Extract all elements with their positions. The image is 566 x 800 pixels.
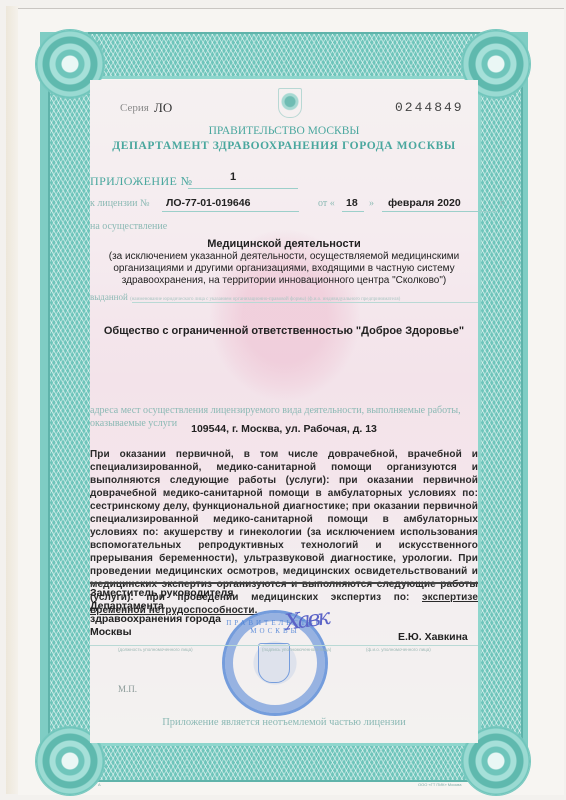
issued-label: выданной (наименование юридического лица… bbox=[90, 292, 400, 302]
guilloche-border-right bbox=[478, 80, 523, 745]
signer-name: Е.Ю. Хавкина bbox=[398, 631, 468, 643]
guilloche-border-left bbox=[48, 80, 93, 745]
annex-number: 1 bbox=[230, 171, 236, 183]
organization-name: Общество с ограниченной ответственностью… bbox=[90, 325, 478, 337]
services-body: При оказании первичной, в том числе довр… bbox=[90, 449, 478, 603]
annex-label: ПРИЛОЖЕНИЕ № bbox=[90, 174, 193, 189]
document-body: Серия ЛО 0244849 ПРАВИТЕЛЬСТВО МОСКВЫ ДЕ… bbox=[90, 80, 478, 743]
month-underline bbox=[382, 211, 498, 212]
series-value: ЛО bbox=[154, 100, 172, 116]
issuer-government: ПРАВИТЕЛЬСТВО МОСКВЫ bbox=[90, 125, 478, 137]
caption-position: (должность уполномоченного лица) bbox=[118, 647, 193, 652]
footer-note: Приложение является неотъемлемой частью … bbox=[90, 717, 478, 728]
signature-underline bbox=[90, 645, 478, 646]
coat-of-arms-icon bbox=[278, 88, 302, 118]
date-from-label: от « bbox=[318, 198, 335, 209]
guilloche-border-top bbox=[88, 32, 480, 79]
issued-underline bbox=[132, 302, 478, 303]
date-quote-close: » bbox=[369, 198, 374, 209]
address-value: 109544, г. Москва, ул. Рабочая, д. 13 bbox=[90, 423, 478, 435]
license-number: ЛО-77-01-019646 bbox=[166, 197, 250, 209]
form-number: 0244849 bbox=[395, 100, 464, 115]
guilloche-border-bottom bbox=[88, 743, 480, 782]
print-mark-left: А bbox=[98, 782, 101, 787]
signer-position-line: Департамента bbox=[90, 600, 233, 613]
license-day: 18 bbox=[346, 197, 358, 209]
caption-name: (ф.и.о. уполномоченного лица) bbox=[366, 647, 431, 652]
license-label: к лицензии № bbox=[90, 198, 150, 209]
caption-signature: (подпись уполномоченного лица) bbox=[262, 647, 331, 652]
signer-position-line: здравоохранения города bbox=[90, 613, 233, 626]
implementation-label: на осуществление bbox=[90, 221, 167, 232]
issued-label-text: выданной bbox=[90, 292, 128, 302]
year-suffix: г. bbox=[500, 198, 505, 209]
signer-position-line: Заместитель руководителя bbox=[90, 587, 233, 600]
activity-title: Медицинской деятельности bbox=[90, 238, 478, 250]
annex-underline bbox=[188, 188, 298, 189]
license-underline bbox=[162, 211, 299, 212]
seal-place-label: М.П. bbox=[118, 684, 137, 694]
activity-note: (за исключением указанной деятельности, … bbox=[90, 251, 478, 287]
license-month-year: февраля 2020 bbox=[388, 197, 461, 209]
signer-position: Заместитель руководителя Департамента зд… bbox=[90, 587, 233, 639]
series-label: Серия bbox=[120, 102, 149, 114]
issuer-department: ДЕПАРТАМЕНТ ЗДРАВООХРАНЕНИЯ ГОРОДА МОСКВ… bbox=[90, 140, 478, 152]
services-divider bbox=[90, 582, 478, 584]
print-mark-right: ООО «ГТ ПИК» Москва bbox=[418, 782, 461, 787]
signer-position-line: Москвы bbox=[90, 626, 233, 639]
day-underline bbox=[342, 211, 364, 212]
